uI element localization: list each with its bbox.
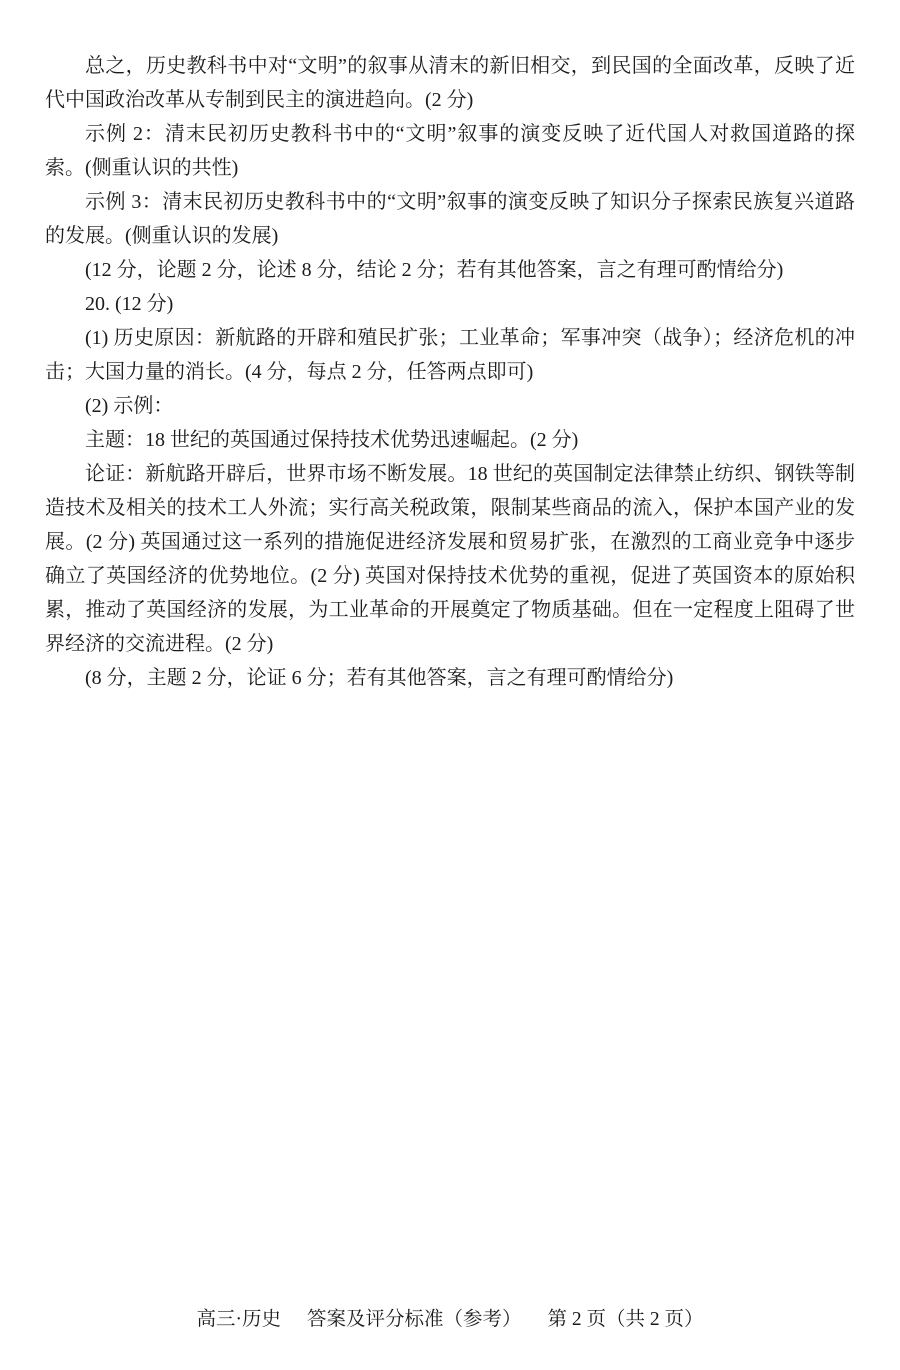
answer-paragraph: 总之，历史教科书中对“文明”的叙事从清末的新旧相交，到民国的全面改革，反映了近代… — [45, 49, 855, 117]
answer-paragraph: (8 分，主题 2 分，论证 6 分；若有其他答案，言之有理可酌情给分) — [45, 661, 855, 695]
footer-page-number: 第 2 页（共 2 页） — [548, 1309, 704, 1330]
answer-sheet-page: 总之，历史教科书中对“文明”的叙事从清末的新旧相交，到民国的全面改革，反映了近代… — [0, 0, 900, 1370]
footer-subject: 高三·历史 — [196, 1309, 281, 1330]
page-footer: 高三·历史答案及评分标准（参考）第 2 页（共 2 页） — [0, 1303, 900, 1331]
answer-paragraph: (12 分，论题 2 分，论述 8 分，结论 2 分；若有其他答案，言之有理可酌… — [45, 253, 855, 287]
answer-paragraph: 示例 2：清末民初历史教科书中的“文明”叙事的演变反映了近代国人对救国道路的探索… — [45, 117, 855, 185]
answer-paragraph: 主题：18 世纪的英国通过保持技术优势迅速崛起。(2 分) — [45, 423, 855, 457]
footer-title: 答案及评分标准（参考） — [307, 1309, 522, 1330]
answer-paragraph: (2) 示例： — [45, 389, 855, 423]
answer-paragraph: (1) 历史原因：新航路的开辟和殖民扩张；工业革命；军事冲突（战争）；经济危机的… — [45, 321, 855, 389]
answer-paragraph: 20. (12 分) — [45, 287, 855, 321]
answer-body: 总之，历史教科书中对“文明”的叙事从清末的新旧相交，到民国的全面改革，反映了近代… — [45, 49, 855, 695]
answer-paragraph: 论证：新航路开辟后，世界市场不断发展。18 世纪的英国制定法律禁止纺织、钢铁等制… — [45, 457, 855, 661]
answer-paragraph: 示例 3：清末民初历史教科书中的“文明”叙事的演变反映了知识分子探索民族复兴道路… — [45, 185, 855, 253]
